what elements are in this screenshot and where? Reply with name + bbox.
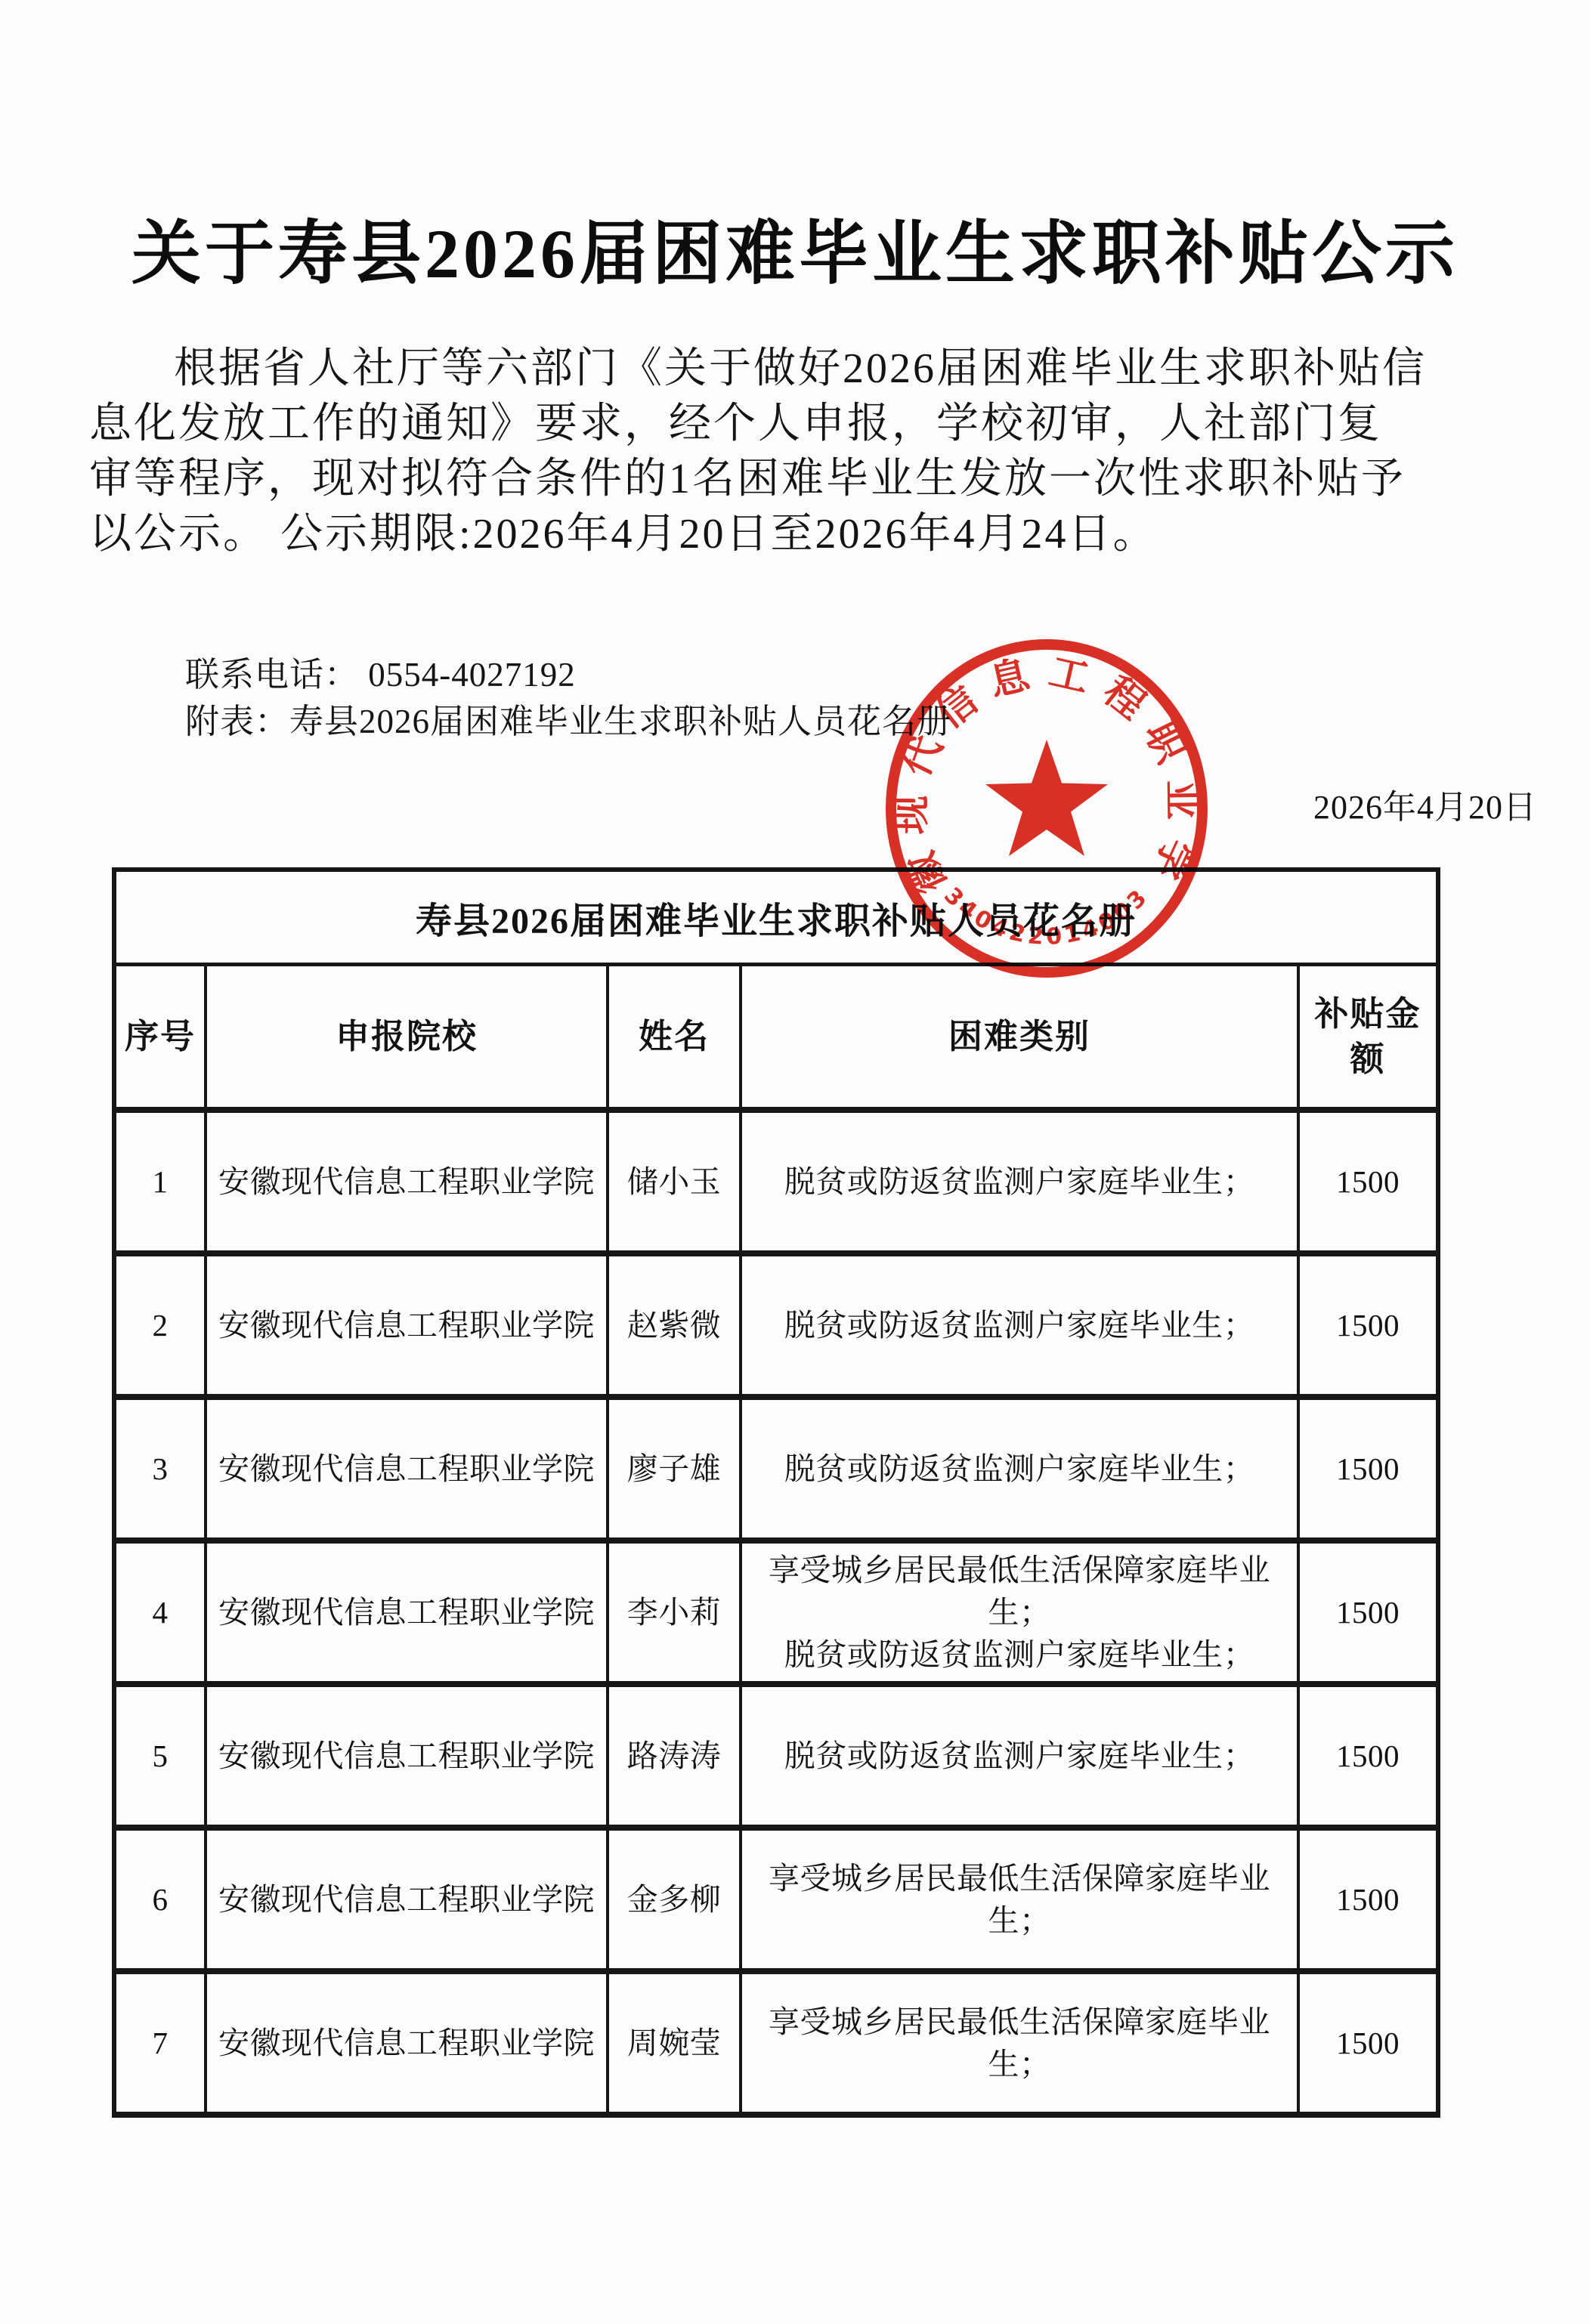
seal-serial-number: 340422014003 (939, 882, 1155, 950)
cell-no: 4 (114, 1541, 206, 1684)
cell-no: 3 (114, 1397, 206, 1541)
cell-amount: 1500 (1298, 1828, 1438, 1971)
cell-category: 享受城乡居民最低生活保障家庭毕业生； 脱贫或防返贫监测户家庭毕业生； (741, 1541, 1298, 1684)
cell-school: 安徽现代信息工程职业学院 (206, 1971, 608, 2115)
cell-no: 2 (114, 1253, 206, 1397)
cell-name: 廖子雄 (608, 1397, 741, 1541)
cell-school: 安徽现代信息工程职业学院 (206, 1684, 608, 1828)
header-school: 申报院校 (206, 965, 608, 1111)
cell-no: 6 (114, 1828, 206, 1971)
cell-amount: 1500 (1298, 1971, 1438, 2115)
header-amount: 补贴金额 (1298, 965, 1438, 1111)
body-paragraph: 根据省人社厅等六部门《关于做好2026届困难毕业生求职补贴信 息化发放工作的通知… (89, 341, 1501, 562)
cell-name: 李小莉 (608, 1541, 741, 1684)
table-row: 5 安徽现代信息工程职业学院 路涛涛 脱贫或防返贫监测户家庭毕业生； 1500 (114, 1684, 1438, 1828)
official-seal: 安徽现代信息工程职业学院 340422014003 (880, 636, 1213, 981)
table-row: 7 安徽现代信息工程职业学院 周婉莹 享受城乡居民最低生活保障家庭毕业生； 15… (114, 1971, 1438, 2115)
cell-school: 安徽现代信息工程职业学院 (206, 1253, 608, 1397)
cell-name: 金多柳 (608, 1828, 741, 1971)
cell-school: 安徽现代信息工程职业学院 (206, 1110, 608, 1253)
cell-no: 7 (114, 1971, 206, 2115)
attachment-note: 附表：寿县2026届困难毕业生求职补贴人员花名册 (185, 698, 951, 745)
table-title: 寿县2026届困难毕业生求职补贴人员花名册 (114, 870, 1438, 965)
cell-category: 享受城乡居民最低生活保障家庭毕业生； (741, 1828, 1298, 1971)
header-no: 序号 (114, 965, 206, 1111)
table-row: 3 安徽现代信息工程职业学院 廖子雄 脱贫或防返贫监测户家庭毕业生； 1500 (114, 1397, 1438, 1541)
contact-block: 联系电话： 0554-4027192 附表：寿县2026届困难毕业生求职补贴人员… (185, 651, 951, 745)
issue-date: 2026年4月20日 (1313, 780, 1537, 828)
cell-school: 安徽现代信息工程职业学院 (206, 1397, 608, 1541)
contact-phone: 联系电话： 0554-4027192 (185, 651, 951, 698)
table-row: 6 安徽现代信息工程职业学院 金多柳 享受城乡居民最低生活保障家庭毕业生； 15… (114, 1828, 1438, 1971)
table-title-row: 寿县2026届困难毕业生求职补贴人员花名册 (114, 870, 1438, 965)
header-name: 姓名 (608, 965, 741, 1111)
document-page: 关于寿县2026届困难毕业生求职补贴公示 根据省人社厅等六部门《关于做好2026… (0, 0, 1590, 2324)
cell-amount: 1500 (1298, 1397, 1438, 1541)
cell-amount: 1500 (1298, 1253, 1438, 1397)
cell-name: 路涛涛 (608, 1684, 741, 1828)
cell-no: 1 (114, 1110, 206, 1253)
cell-category: 脱贫或防返贫监测户家庭毕业生； (741, 1110, 1298, 1253)
table-row: 4 安徽现代信息工程职业学院 李小莉 享受城乡居民最低生活保障家庭毕业生； 脱贫… (114, 1541, 1438, 1684)
cell-category: 享受城乡居民最低生活保障家庭毕业生； (741, 1971, 1298, 2115)
star-icon (985, 740, 1108, 856)
cell-category: 脱贫或防返贫监测户家庭毕业生； (741, 1397, 1298, 1541)
cell-category: 脱贫或防返贫监测户家庭毕业生； (741, 1684, 1298, 1828)
cell-amount: 1500 (1298, 1110, 1438, 1253)
cell-name: 赵紫微 (608, 1253, 741, 1397)
cell-school: 安徽现代信息工程职业学院 (206, 1828, 608, 1971)
table-row: 2 安徽现代信息工程职业学院 赵紫微 脱贫或防返贫监测户家庭毕业生； 1500 (114, 1253, 1438, 1397)
table-row: 1 安徽现代信息工程职业学院 储小玉 脱贫或防返贫监测户家庭毕业生； 1500 (114, 1110, 1438, 1253)
cell-name: 周婉莹 (608, 1971, 741, 2115)
cell-school: 安徽现代信息工程职业学院 (206, 1541, 608, 1684)
roster-table: 寿县2026届困难毕业生求职补贴人员花名册 序号 申报院校 姓名 困难类别 补贴… (112, 867, 1440, 2118)
cell-amount: 1500 (1298, 1684, 1438, 1828)
cell-amount: 1500 (1298, 1541, 1438, 1684)
document-title: 关于寿县2026届困难毕业生求职补贴公示 (0, 198, 1590, 298)
cell-name: 储小玉 (608, 1110, 741, 1253)
svg-text:340422014003: 340422014003 (939, 882, 1155, 950)
cell-category: 脱贫或防返贫监测户家庭毕业生； (741, 1253, 1298, 1397)
header-category: 困难类别 (741, 965, 1298, 1111)
table-header-row: 序号 申报院校 姓名 困难类别 补贴金额 (114, 965, 1438, 1111)
cell-no: 5 (114, 1684, 206, 1828)
